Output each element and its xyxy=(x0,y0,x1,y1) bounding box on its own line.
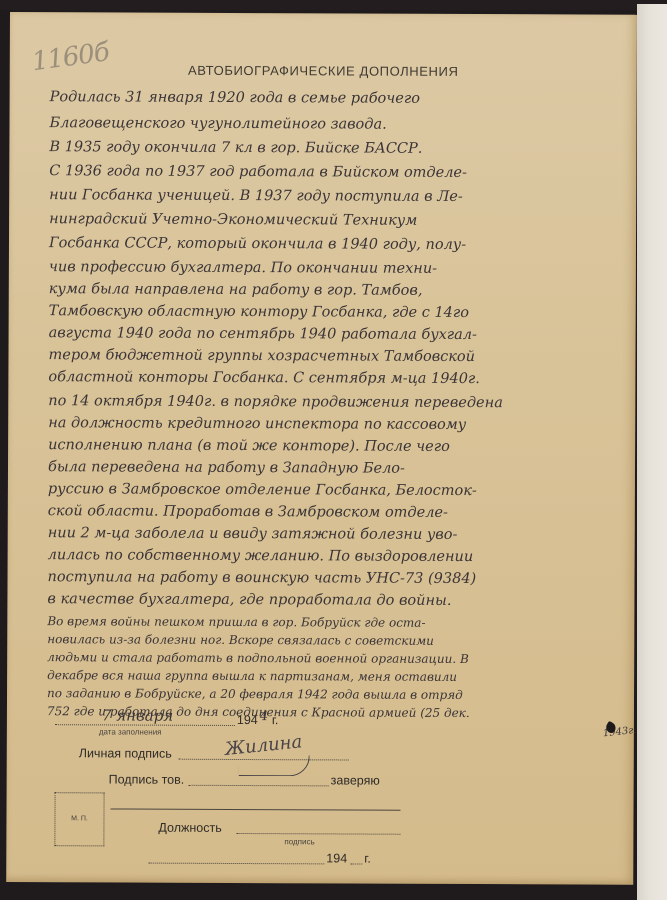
document-sheet: 1160б АВТОБИОГРАФИЧЕСКИЕ ДОПОЛНЕНИЯ Роди… xyxy=(6,12,637,885)
handwritten-body: Родилась 31 января 1920 года в семье раб… xyxy=(10,12,637,15)
signature-of-line xyxy=(189,785,329,787)
fill-date-year-handwritten: 4 xyxy=(260,709,268,724)
personal-signature-label: Личная подпись xyxy=(79,746,172,760)
date-line xyxy=(148,863,324,865)
date-year-blank xyxy=(350,863,362,864)
signature-of-label: Подпись тов. xyxy=(109,772,185,786)
certify-solid-line xyxy=(111,808,401,810)
body-line: Родилась 31 января 1920 года в семье раб… xyxy=(50,84,610,112)
document-title: АВТОБИОГРАФИЧЕСКИЕ ДОПОЛНЕНИЯ xyxy=(10,62,637,80)
signature-caption: подпись xyxy=(284,837,314,846)
fill-date-year-prefix: 194 xyxy=(237,713,258,727)
fill-date-handwritten: 7 января xyxy=(102,706,173,724)
background-top xyxy=(0,0,667,10)
position-label: Должность xyxy=(158,821,221,835)
signature-flourish xyxy=(239,755,310,776)
fill-date-suffix: г. xyxy=(272,713,279,727)
position-line xyxy=(236,833,400,835)
stamp-box: М. П. xyxy=(54,792,104,846)
date-year-prefix: 194 xyxy=(326,851,347,865)
certify-label: заверяю xyxy=(331,773,380,787)
fill-date-line xyxy=(55,724,235,726)
adjacent-page-edge xyxy=(637,4,667,900)
fill-date-caption: дата заполнения xyxy=(99,727,162,736)
stamp-label: М. П. xyxy=(55,815,103,822)
date-suffix: г. xyxy=(364,852,371,866)
